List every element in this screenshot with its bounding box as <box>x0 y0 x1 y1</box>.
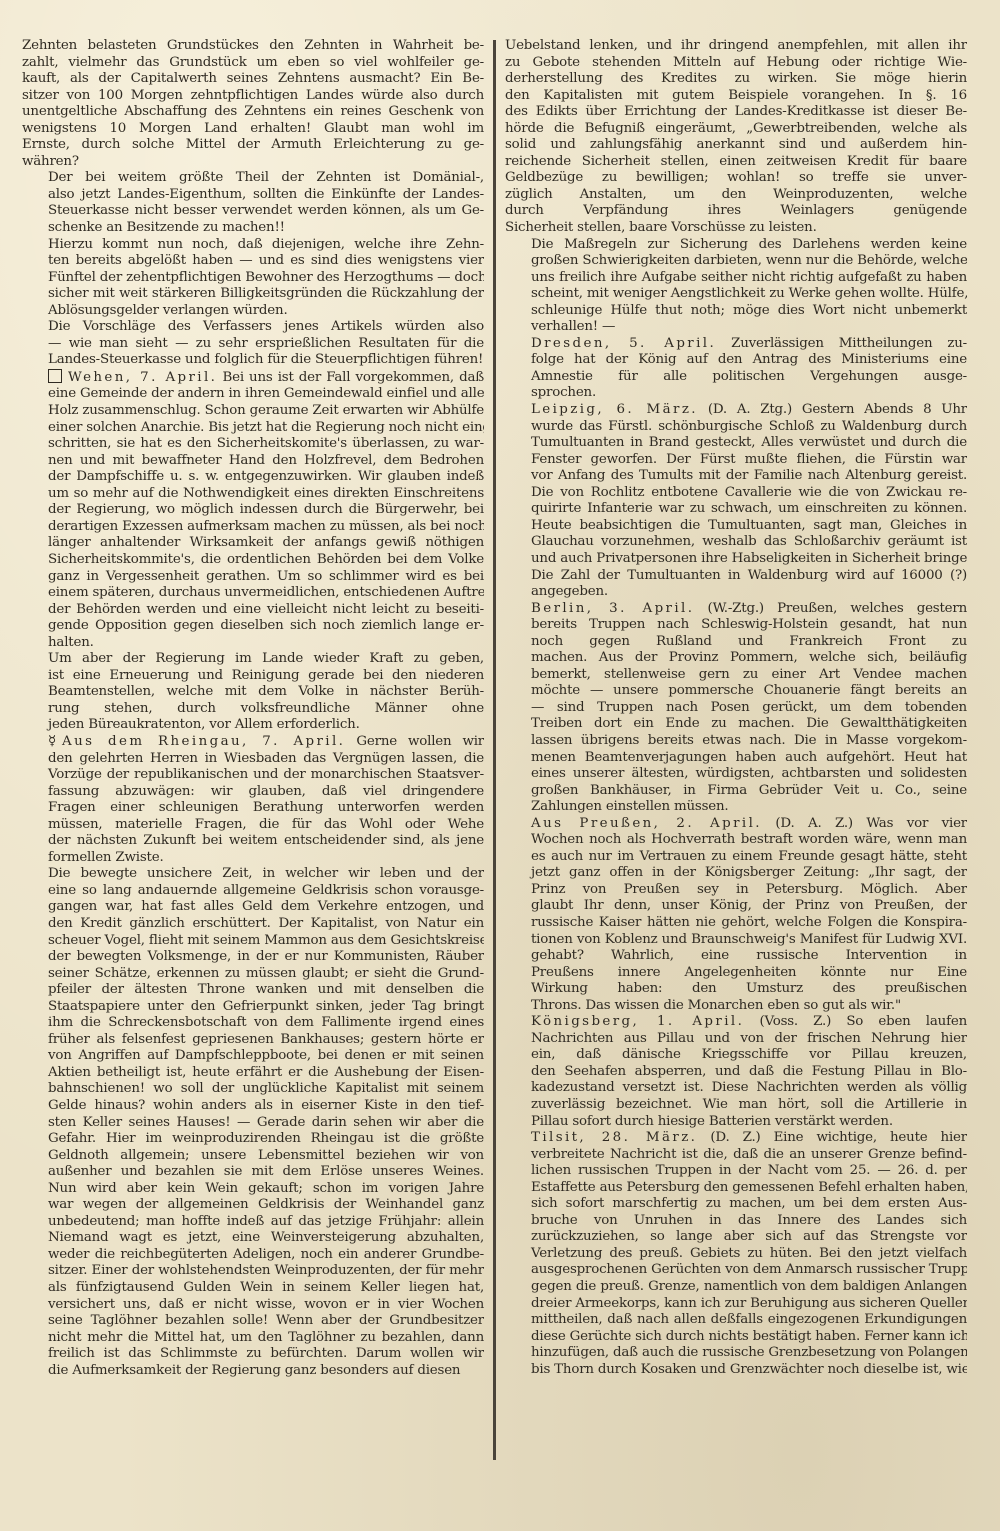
line-text: Zuverlässigen Mittheilungen zu- <box>731 336 967 351</box>
text-line: rung stehen, durch volksfreundliche Männ… <box>22 701 484 718</box>
text-line: folge hat der König auf den Antrag des M… <box>505 352 967 369</box>
text-line: also jetzt Landes-Eigenthum, sollten die… <box>22 187 484 204</box>
line-text: Staatspapiere unter den Gefrierpunkt sin… <box>48 999 484 1014</box>
line-text: Wochen noch als Hochverrath bestraft wor… <box>531 832 967 847</box>
text-line: sich sofort marschfertig zu machen, um b… <box>505 1196 967 1213</box>
text-line: reichende Sicherheit stellen, einen zeit… <box>505 154 967 171</box>
line-text: gehabt? Wahrlich, eine russische Interve… <box>531 948 967 963</box>
text-line: Der bei weitem größte Theil der Zehnten … <box>22 170 484 187</box>
news-item: Berlin, 3. April. (W.-Ztg.) Preußen, wel… <box>505 601 967 816</box>
line-text: Prinz von Preußen sey in Petersburg. Mög… <box>531 882 967 897</box>
text-line: der Dampfschiffe u. s. w. entgegenzuwirk… <box>22 469 484 486</box>
text-line: Wochen noch als Hochverrath bestraft wor… <box>505 832 967 849</box>
line-text: seiner Schätze, erkennen zu müssen glaub… <box>48 966 484 981</box>
line-text: und auch Privatpersonen ihre Habseligkei… <box>531 551 967 566</box>
text-line: hinzufügen, daß auch die russische Grenz… <box>505 1345 967 1362</box>
line-text: vor Anfang des Tumults mit der Familie n… <box>531 468 967 483</box>
text-line: derartigen Exzessen aufmerksam machen zu… <box>22 519 484 536</box>
text-line: halten. <box>22 635 484 652</box>
text-line: Tumultuanten in Brand gesteckt, Alles ve… <box>505 435 967 452</box>
text-line: eine so lang andauernde allgemeine Geldk… <box>22 883 484 900</box>
text-line: großen Schwierigkeiten darbieten, wenn n… <box>505 253 967 270</box>
text-line: Heute beabsichtigen die Tumultuanten, sa… <box>505 518 967 535</box>
text-line: nen und mit bewaffneter Hand den Holzfre… <box>22 453 484 470</box>
line-text: den Seehafen absperren, und daß die Fest… <box>531 1064 967 1079</box>
line-text: uns freilich ihre Aufgabe seither nicht … <box>531 270 967 285</box>
line-text: um so mehr auf die Nothwendigkeit eines … <box>48 486 484 501</box>
text-line: lichen russischen Truppen in der Nacht v… <box>505 1163 967 1180</box>
text-line: Berlin, 3. April. (W.-Ztg.) Preußen, wel… <box>505 601 967 618</box>
text-line: ganz in Vergessenheit gerathen. Um so sc… <box>22 569 484 586</box>
line-text: Eine wichtige, heute hier <box>774 1130 967 1145</box>
line-text: Wirkung haben: den Umsturz des preußisch… <box>531 981 967 996</box>
text-line: Steuerkasse nicht besser verwendet werde… <box>22 203 484 220</box>
line-text: Heute beabsichtigen die Tumultuanten, sa… <box>531 518 967 533</box>
text-line: und auch Privatpersonen ihre Habseligkei… <box>505 551 967 568</box>
text-line: freilich ist das Schlimmste zu befürchte… <box>22 1346 484 1363</box>
text-line: den Seehafen absperren, und daß die Fest… <box>505 1064 967 1081</box>
text-line: Die bewegte unsichere Zeit, in welcher w… <box>22 866 484 883</box>
dateline: Tilsit, 28. März. <box>531 1130 697 1145</box>
line-text: Glauchau vorzunehmen, weshalb das Schloß… <box>531 534 967 549</box>
text-line: Niemand wagt es jetzt, eine Weinversteig… <box>22 1230 484 1247</box>
line-text: gegen die preuß. Grenze, namentlich von … <box>531 1279 967 1294</box>
text-line: Aus Preußen, 2. April. (D. A. Z.) Was vo… <box>505 816 967 833</box>
text-line: kauft, als der Capitalwerth seines Zehnt… <box>22 71 484 88</box>
text-line: durch Verpfändung ihres Weinlagers genüg… <box>505 203 967 220</box>
line-text: Vorzüge der republikanischen und der mon… <box>48 767 484 782</box>
line-text: formellen Zwiste. <box>48 850 164 865</box>
text-line: einer solchen Anarchie. Bis jetzt hat di… <box>22 420 484 437</box>
line-text: länger anhaltender Wirksamkeit der anfan… <box>48 535 484 550</box>
text-line: Sicherheitskommite's, die ordentlichen B… <box>22 552 484 569</box>
line-text: bahnschienen! wo soll der unglückliche K… <box>48 1081 484 1096</box>
text-line: noch gegen Rußland und Frankreich Front … <box>505 634 967 651</box>
line-text: machen. Aus der Provinz Pommern, welche … <box>531 650 967 665</box>
line-text: es auch nur im Vertrauen zu einem Freund… <box>531 849 967 864</box>
line-text: Sicherheit stellen, baare Vorschüsse zu … <box>505 220 817 235</box>
line-text: lichen russischen Truppen in der Nacht v… <box>531 1163 967 1178</box>
line-text: als fünfzigtausend Gulden Wein in seinem… <box>48 1280 484 1295</box>
line-text: reichende Sicherheit stellen, einen zeit… <box>505 154 967 169</box>
line-text: Der bei weitem größte Theil der Zehnten … <box>48 170 484 185</box>
text-line: länger anhaltender Wirksamkeit der anfan… <box>22 535 484 552</box>
text-line: Die Maßregeln zur Sicherung des Darlehen… <box>505 237 967 254</box>
text-line: ten bereits abgelößt haben — und es sind… <box>22 253 484 270</box>
line-text: wenigstens 10 Morgen Land erhalten! Glau… <box>22 121 484 136</box>
line-text: verbreitete Nachricht ist die, daß die a… <box>531 1147 967 1162</box>
line-text: Gefahr. Hier im weinproduzirenden Rheing… <box>48 1131 484 1146</box>
line-text: verhallen! — <box>531 319 615 334</box>
line-text: So eben laufen <box>846 1014 967 1029</box>
line-text: des Edikts über Errichtung der Landes-Kr… <box>505 104 967 119</box>
line-text: Ernste, durch solche Mittel der Armuth E… <box>22 137 484 152</box>
text-line: großen Bankhäuser, in Firma Gebrüder Vei… <box>505 783 967 800</box>
text-line: versichert uns, daß er nicht wisse, wovo… <box>22 1297 484 1314</box>
source-attribution: (D. A. Z.) <box>775 816 853 831</box>
line-text: Hierzu kommt nun noch, daß diejenigen, w… <box>48 237 484 252</box>
text-line: zuverlässig bezeichnet. Wie man hört, so… <box>505 1097 967 1114</box>
line-text: — sind Truppen nach Posen gerückt, um de… <box>531 700 967 715</box>
line-text: Preußens innere Angelegenheiten könnte n… <box>531 965 967 980</box>
dateline: Dresden, 5. April. <box>531 336 716 351</box>
right-column: Uebelstand lenken, und ihr dringend anem… <box>496 38 967 1478</box>
line-text: der Behörden werden und eine vielleicht … <box>48 602 484 617</box>
line-text: lassen übrigens bereits etwas nach. Die … <box>531 733 967 748</box>
text-line: müssen, materielle Fragen, die für das W… <box>22 817 484 834</box>
text-line: Throns. Das wissen die Monarchen eben so… <box>505 998 967 1015</box>
line-text: Fünftel der zehentpflichtigen Bewohner d… <box>48 270 484 285</box>
text-line: Die von Rochlitz entbotene Cavallerie wi… <box>505 485 967 502</box>
text-line: unbedeutend; man hoffte indeß auf das je… <box>22 1214 484 1231</box>
line-text: eine Gemeinde der andern in ihren Gemein… <box>48 386 484 401</box>
text-line: nicht mehr die Mittel hat, um den Taglöh… <box>22 1330 484 1347</box>
text-line: Geldbezüge zu bewilligen; wohlan! so tre… <box>505 170 967 187</box>
text-line: uns freilich ihre Aufgabe seither nicht … <box>505 270 967 287</box>
line-text: Verletzung des preuß. Gebiets zu hüten. … <box>531 1246 967 1261</box>
text-line: quirirte Infanterie war zu schwach, um e… <box>505 501 967 518</box>
text-line: lassen übrigens bereits etwas nach. Die … <box>505 733 967 750</box>
line-text: unbedeutend; man hoffte indeß auf das je… <box>48 1214 484 1229</box>
text-line: Königsberg, 1. April. (Voss. Z.) So eben… <box>505 1014 967 1031</box>
line-text: sitzer. Einer der wohlstehendsten Weinpr… <box>48 1263 484 1278</box>
text-line: verbreitete Nachricht ist die, daß die a… <box>505 1147 967 1164</box>
text-line: Treiben dort ein Ende zu machen. Die Gew… <box>505 716 967 733</box>
text-line: als fünfzigtausend Gulden Wein in seinem… <box>22 1280 484 1297</box>
text-line: Wehen, 7. April. Bei uns ist der Fall vo… <box>22 369 484 387</box>
line-text: scheuer Vogel, flieht mit seinem Mammon … <box>48 933 484 948</box>
line-text: jetzt ganz offen in der Königsberger Zei… <box>531 865 967 880</box>
text-line: angegeben. <box>505 584 967 601</box>
text-line: zahlt, vielmehr das Grundstück um eben s… <box>22 55 484 72</box>
text-line: Gefahr. Hier im weinproduzirenden Rheing… <box>22 1131 484 1148</box>
line-text: Die Vorschläge des Verfassers jenes Arti… <box>48 319 484 334</box>
text-line: zurückzuziehen, so lange aber sich auf d… <box>505 1229 967 1246</box>
source-attribution: (D. Z.) <box>710 1130 760 1145</box>
dateline: Aus dem Rheingau, 7. April. <box>62 734 345 749</box>
line-text: Steuerkasse nicht besser verwendet werde… <box>48 203 484 218</box>
text-line: ☿Aus dem Rheingau, 7. April. Gerne wolle… <box>22 734 484 751</box>
line-text: zuverlässig bezeichnet. Wie man hört, so… <box>531 1097 967 1112</box>
line-text: diese Gerüchte sich durch nichts bestäti… <box>531 1329 967 1344</box>
text-line: es auch nur im Vertrauen zu einem Freund… <box>505 849 967 866</box>
line-text: die Aufmerksamkeit der Regierung ganz be… <box>48 1363 460 1378</box>
line-text: folge hat der König auf den Antrag des M… <box>531 352 967 367</box>
text-line: gegen die preuß. Grenze, namentlich von … <box>505 1279 967 1296</box>
text-line: Vorzüge der republikanischen und der mon… <box>22 767 484 784</box>
line-text: Preußen, welches gestern <box>777 601 967 616</box>
line-text: glaubt Ihr denn, unser König, der Prinz … <box>531 898 967 913</box>
text-line: um so mehr auf die Nothwendigkeit eines … <box>22 486 484 503</box>
text-line: bemerkt, stellenweise gern zu einer Art … <box>505 667 967 684</box>
text-line: jetzt ganz offen in der Königsberger Zei… <box>505 865 967 882</box>
line-text: Sicherheitskommite's, die ordentlichen B… <box>48 552 484 567</box>
article-paragraph: Die bewegte unsichere Zeit, in welcher w… <box>22 866 484 1379</box>
text-line: — sind Truppen nach Posen gerückt, um de… <box>505 700 967 717</box>
line-text: Estaffette aus Petersburg den gemessenen… <box>531 1180 967 1195</box>
line-text: Die bewegte unsichere Zeit, in welcher w… <box>48 866 484 881</box>
line-text: hörde die Befugniß eingeräumt, „Gewerbtr… <box>505 121 967 136</box>
source-attribution: (W.-Ztg.) <box>708 601 764 616</box>
line-text: Bei uns ist der Fall vorgekommen, daß <box>222 370 484 385</box>
text-line: eines unserer ältesten, würdigsten, acht… <box>505 766 967 783</box>
line-text: quirirte Infanterie war zu schwach, um e… <box>531 501 967 516</box>
text-line: von Angriffen auf Dampfschleppboote, bei… <box>22 1048 484 1065</box>
line-text: zahlt, vielmehr das Grundstück um eben s… <box>22 55 484 70</box>
text-line: Nachrichten aus Pillau und von der frisc… <box>505 1031 967 1048</box>
line-text: möchte — unsere pommersche Chouanerie fä… <box>531 683 967 698</box>
text-line: derherstellung des Kredites zu wirken. S… <box>505 71 967 88</box>
text-line: Die Zahl der Tumultuanten in Waldenburg … <box>505 568 967 585</box>
mercury-symbol-icon: ☿ <box>48 734 56 749</box>
text-line: Gelde hinaus? wohin anders als in eisern… <box>22 1098 484 1115</box>
text-line: Leipzig, 6. März. (D. A. Ztg.) Gestern A… <box>505 402 967 419</box>
text-line: gangen war, hat fast alles Geld dem Verk… <box>22 899 484 916</box>
line-text: der Dampfschiffe u. s. w. entgegenzuwirk… <box>48 469 484 484</box>
dateline: Wehen, 7. April. <box>68 370 217 385</box>
line-text: Aktien betheiligt ist, heute erfährt er … <box>48 1065 484 1080</box>
line-text: züglich Anstalten, um den Weinproduzente… <box>505 187 967 202</box>
line-text: Treiben dort ein Ende zu machen. Die Gew… <box>531 716 967 731</box>
line-text: weder die reichbegüterten Adeligen, noch… <box>48 1247 484 1262</box>
text-line: Um aber der Regierung im Lande wieder Kr… <box>22 651 484 668</box>
line-text: bemerkt, stellenweise gern zu einer Art … <box>531 667 967 682</box>
text-line: Glauchau vorzunehmen, weshalb das Schloß… <box>505 534 967 551</box>
line-text: eines unserer ältesten, würdigsten, acht… <box>531 766 967 781</box>
text-line: verhallen! — <box>505 319 967 336</box>
text-line: schenke an Besitzende zu machen!! <box>22 220 484 237</box>
text-line: sten Keller seines Hauses! — Gerade dari… <box>22 1115 484 1132</box>
dateline: Leipzig, 6. März. <box>531 402 698 417</box>
newspaper-page: Zehnten belasteten Grundstückes den Zehn… <box>22 38 977 1478</box>
text-line: den gelehrten Herren in Wiesbaden das Ve… <box>22 751 484 768</box>
line-text: Holz zusammenschlug. Schon geraume Zeit … <box>48 403 484 418</box>
text-line: Sicherheit stellen, baare Vorschüsse zu … <box>505 220 967 237</box>
text-line: Beamtenstellen, welche mit dem Volke in … <box>22 684 484 701</box>
text-line: Landes-Steuerkasse und folglich für die … <box>22 352 484 369</box>
line-text: bruche von Unruhen in das Innere des Lan… <box>531 1213 967 1228</box>
line-text: Gestern Abends 8 Uhr <box>802 402 967 417</box>
text-line: Pillau sofort durch hiesige Batterien ve… <box>505 1114 967 1131</box>
line-text: früher als felsenfest gepriesenen Bankha… <box>48 1032 484 1047</box>
line-text: einer solchen Anarchie. Bis jetzt hat di… <box>48 420 484 435</box>
line-text: sich sofort marschfertig zu machen, um b… <box>531 1196 967 1211</box>
dateline: Berlin, 3. April. <box>531 601 694 616</box>
text-line: bahnschienen! wo soll der unglückliche K… <box>22 1081 484 1098</box>
line-text: der nächsten Zukunft bei weitem entschei… <box>48 833 484 848</box>
line-text: mittheilen, daß nach allen deßfalls eing… <box>531 1312 967 1327</box>
text-line: Aktien betheiligt ist, heute erfährt er … <box>22 1065 484 1082</box>
line-text: sprochen. <box>531 385 596 400</box>
line-text: ganz in Vergessenheit gerathen. Um so sc… <box>48 569 484 584</box>
article-paragraph: Hierzu kommt nun noch, daß diejenigen, w… <box>22 237 484 320</box>
line-text: zurückzuziehen, so lange aber sich auf d… <box>531 1229 967 1244</box>
line-text: Geldbezüge zu bewilligen; wohlan! so tre… <box>505 170 967 185</box>
text-line: außenher und bezahlen sie mit dem Erlöse… <box>22 1164 484 1181</box>
line-text: von Angriffen auf Dampfschleppboote, bei… <box>48 1048 484 1063</box>
text-line: züglich Anstalten, um den Weinproduzente… <box>505 187 967 204</box>
news-item: ☿Aus dem Rheingau, 7. April. Gerne wolle… <box>22 734 484 866</box>
text-line: Geldnoth allgemein; unsere Lebensmittel … <box>22 1148 484 1165</box>
line-text: sitzer von 100 Morgen zehntpflichtigen L… <box>22 88 484 103</box>
text-line: kadezustand versetzt ist. Diese Nachrich… <box>505 1080 967 1097</box>
text-line: der Behörden werden und eine vielleicht … <box>22 602 484 619</box>
line-text: Zehnten belasteten Grundstückes den Zehn… <box>22 38 484 53</box>
text-line: unentgeltliche Abschaffung des Zehntens … <box>22 104 484 121</box>
text-line: Zehnten belasteten Grundstückes den Zehn… <box>22 38 484 55</box>
news-item: Leipzig, 6. März. (D. A. Ztg.) Gestern A… <box>505 402 967 601</box>
text-line: formellen Zwiste. <box>22 850 484 867</box>
text-line: Ablösungsgelder verlangen würden. <box>22 303 484 320</box>
text-line: bis Thorn durch Kosaken und Grenzwächter… <box>505 1362 967 1379</box>
text-line: sprochen. <box>505 385 967 402</box>
line-text: freilich ist das Schlimmste zu befürchte… <box>48 1346 484 1361</box>
line-text: rung stehen, durch volksfreundliche Männ… <box>48 701 484 716</box>
text-line: ausgesprochenen Gerüchten von dem Anmars… <box>505 1262 967 1279</box>
line-text: den Kapitalisten mit gutem Beispiele vor… <box>505 88 967 103</box>
text-line: währen? <box>22 154 484 171</box>
line-text: pfeiler der ältesten Throne wanken und m… <box>48 982 484 997</box>
line-text: scheint, mit weniger Aengstlichkeit zu W… <box>531 286 967 301</box>
text-line: dreier Armeekorps, kann ich zur Beruhigu… <box>505 1296 967 1313</box>
text-line: russische Kaiser hätten nie gehört, welc… <box>505 915 967 932</box>
text-line: sitzer. Einer der wohlstehendsten Weinpr… <box>22 1263 484 1280</box>
line-text: Pillau sofort durch hiesige Batterien ve… <box>531 1114 893 1129</box>
news-item: Dresden, 5. April. Zuverlässigen Mitthei… <box>505 336 967 402</box>
line-text: sicher mit weit stärkeren Billigkeitsgrü… <box>48 286 484 301</box>
line-text: der Regierung, wo möglich indessen durch… <box>48 502 484 517</box>
text-line: Preußens innere Angelegenheiten könnte n… <box>505 965 967 982</box>
line-text: Nun wird aber kein Wein gekauft; schon i… <box>48 1181 484 1196</box>
text-line: Hierzu kommt nun noch, daß diejenigen, w… <box>22 237 484 254</box>
text-line: schritten, sie hat es den Sicherheitskom… <box>22 436 484 453</box>
line-text: Geldnoth allgemein; unsere Lebensmittel … <box>48 1148 484 1163</box>
text-line: wurde das Fürstl. schönburgische Schloß … <box>505 419 967 436</box>
line-text: kauft, als der Capitalwerth seines Zehnt… <box>22 71 484 86</box>
line-text: der bewegten Volksmenge, in der er nur K… <box>48 949 484 964</box>
line-text: schenke an Besitzende zu machen!! <box>48 220 285 235</box>
text-line: Fenster geworfen. Der Fürst mußte fliehe… <box>505 452 967 469</box>
line-text: Tumultuanten in Brand gesteckt, Alles ve… <box>531 435 967 450</box>
text-line: Wirkung haben: den Umsturz des preußisch… <box>505 981 967 998</box>
line-text: Beamtenstellen, welche mit dem Volke in … <box>48 684 484 699</box>
line-text: schritten, sie hat es den Sicherheitskom… <box>48 436 484 451</box>
line-text: angegeben. <box>531 584 608 599</box>
text-line: scheuer Vogel, flieht mit seinem Mammon … <box>22 933 484 950</box>
text-line: früher als felsenfest gepriesenen Bankha… <box>22 1032 484 1049</box>
left-column: Zehnten belasteten Grundstückes den Zehn… <box>22 38 493 1478</box>
line-text: Was vor vier <box>866 816 967 831</box>
text-line: den Kapitalisten mit gutem Beispiele vor… <box>505 88 967 105</box>
dateline: Aus Preußen, 2. April. <box>531 816 762 831</box>
dateline: Königsberg, 1. April. <box>531 1014 744 1029</box>
line-text: wurde das Fürstl. schönburgische Schloß … <box>531 419 967 434</box>
news-item: Aus Preußen, 2. April. (D. A. Z.) Was vo… <box>505 816 967 1015</box>
text-line: Staatspapiere unter den Gefrierpunkt sin… <box>22 999 484 1016</box>
line-text: einem späteren, durchaus unvermeidlichen… <box>48 585 484 600</box>
text-line: seine Taglöhner bezahlen solle! Wenn abe… <box>22 1313 484 1330</box>
line-text: großen Bankhäuser, in Firma Gebrüder Vei… <box>531 783 967 798</box>
text-line: Uebelstand lenken, und ihr dringend anem… <box>505 38 967 55</box>
line-text: Uebelstand lenken, und ihr dringend anem… <box>505 38 967 53</box>
line-text: sten Keller seines Hauses! — Gerade dari… <box>48 1115 484 1130</box>
line-text: nen und mit bewaffneter Hand den Holzfre… <box>48 453 484 468</box>
text-line: Die Vorschläge des Verfassers jenes Arti… <box>22 319 484 336</box>
text-line: ist eine Erneuerung und Reinigung gerade… <box>22 668 484 685</box>
article-paragraph: Der bei weitem größte Theil der Zehnten … <box>22 170 484 236</box>
text-line: Fünftel der zehentpflichtigen Bewohner d… <box>22 270 484 287</box>
article-paragraph: Die Vorschläge des Verfassers jenes Arti… <box>22 319 484 369</box>
line-text: ihm die Schreckensbotschaft von dem Fall… <box>48 1015 484 1030</box>
line-text: russische Kaiser hätten nie gehört, welc… <box>531 915 967 930</box>
text-line: ihm die Schreckensbotschaft von dem Fall… <box>22 1015 484 1032</box>
line-text: Landes-Steuerkasse und folglich für die … <box>48 352 483 367</box>
line-text: ist eine Erneuerung und Reinigung gerade… <box>48 668 484 683</box>
line-text: Amnestie für alle politischen Vergehunge… <box>531 369 967 384</box>
news-item: Wehen, 7. April. Bei uns ist der Fall vo… <box>22 369 484 651</box>
line-text: menen Beamtenverjagungen haben auch aufg… <box>531 750 967 765</box>
text-line: solid und zahlungsfähig anerkannt sind u… <box>505 137 967 154</box>
line-text: großen Schwierigkeiten darbieten, wenn n… <box>531 253 967 268</box>
text-line: war wegen der allgemeinen Geldkrisis der… <box>22 1197 484 1214</box>
line-text: Gelde hinaus? wohin anders als in eisern… <box>48 1098 484 1113</box>
line-text: Die Maßregeln zur Sicherung des Darlehen… <box>531 237 967 252</box>
line-text: nicht mehr die Mittel hat, um den Taglöh… <box>48 1330 484 1345</box>
source-attribution: (Voss. Z.) <box>759 1014 831 1029</box>
news-item: Tilsit, 28. März. (D. Z.) Eine wichtige,… <box>505 1130 967 1378</box>
text-line: sicher mit weit stärkeren Billigkeitsgrü… <box>22 286 484 303</box>
line-text: also jetzt Landes-Eigenthum, sollten die… <box>48 187 484 202</box>
text-line: Fragen einer schleunigen Berathung unter… <box>22 800 484 817</box>
line-text: durch Verpfändung ihres Weinlagers genüg… <box>505 203 967 218</box>
line-text: Niemand wagt es jetzt, eine Weinversteig… <box>48 1230 484 1245</box>
text-line: Nun wird aber kein Wein gekauft; schon i… <box>22 1181 484 1198</box>
line-text: hinzufügen, daß auch die russische Grenz… <box>531 1345 967 1360</box>
line-text: Fenster geworfen. Der Fürst mußte fliehe… <box>531 452 967 467</box>
text-line: möchte — unsere pommersche Chouanerie fä… <box>505 683 967 700</box>
line-text: Um aber der Regierung im Lande wieder Kr… <box>48 651 484 666</box>
line-text: müssen, materielle Fragen, die für das W… <box>48 817 484 832</box>
text-line: der Regierung, wo möglich indessen durch… <box>22 502 484 519</box>
text-line: weder die reichbegüterten Adeligen, noch… <box>22 1247 484 1264</box>
text-line: jeden Büreaukratenton, vor Allem erforde… <box>22 717 484 734</box>
text-line: tionen von Koblenz und Braunschweig's Ma… <box>505 932 967 949</box>
text-line: ein, daß dänische Kriegsschiffe vor Pill… <box>505 1047 967 1064</box>
line-text: Die Zahl der Tumultuanten in Waldenburg … <box>531 568 967 583</box>
line-text: bis Thorn durch Kosaken und Grenzwächter… <box>531 1362 967 1377</box>
line-text: schleunige Hülfe thut noth; möge dies Wo… <box>531 303 967 318</box>
line-text: ein, daß dänische Kriegsschiffe vor Pill… <box>531 1047 967 1062</box>
line-text: Die von Rochlitz entbotene Cavallerie wi… <box>531 485 967 500</box>
line-text: derartigen Exzessen aufmerksam machen zu… <box>48 519 484 534</box>
line-text: den Kredit gänzlich erschüttert. Der Kap… <box>48 916 484 931</box>
text-line: der nächsten Zukunft bei weitem entschei… <box>22 833 484 850</box>
text-line: sitzer von 100 Morgen zehntpflichtigen L… <box>22 88 484 105</box>
text-line: die Aufmerksamkeit der Regierung ganz be… <box>22 1363 484 1380</box>
text-line: den Kredit gänzlich erschüttert. Der Kap… <box>22 916 484 933</box>
text-line: wenigstens 10 Morgen Land erhalten! Glau… <box>22 121 484 138</box>
text-line: — wie man sieht — zu sehr ersprießlichen… <box>22 336 484 353</box>
text-line: Prinz von Preußen sey in Petersburg. Mög… <box>505 882 967 899</box>
line-text: solid und zahlungsfähig anerkannt sind u… <box>505 137 967 152</box>
text-line: schleunige Hülfe thut noth; möge dies Wo… <box>505 303 967 320</box>
line-text: bereits Truppen nach Schleswig-Holstein … <box>531 617 967 632</box>
text-line: gehabt? Wahrlich, eine russische Interve… <box>505 948 967 965</box>
line-text: Ablösungsgelder verlangen würden. <box>48 303 288 318</box>
source-attribution: (D. A. Ztg.) <box>708 402 792 417</box>
text-line: scheint, mit weniger Aengstlichkeit zu W… <box>505 286 967 303</box>
text-line: Verletzung des preuß. Gebiets zu hüten. … <box>505 1246 967 1263</box>
